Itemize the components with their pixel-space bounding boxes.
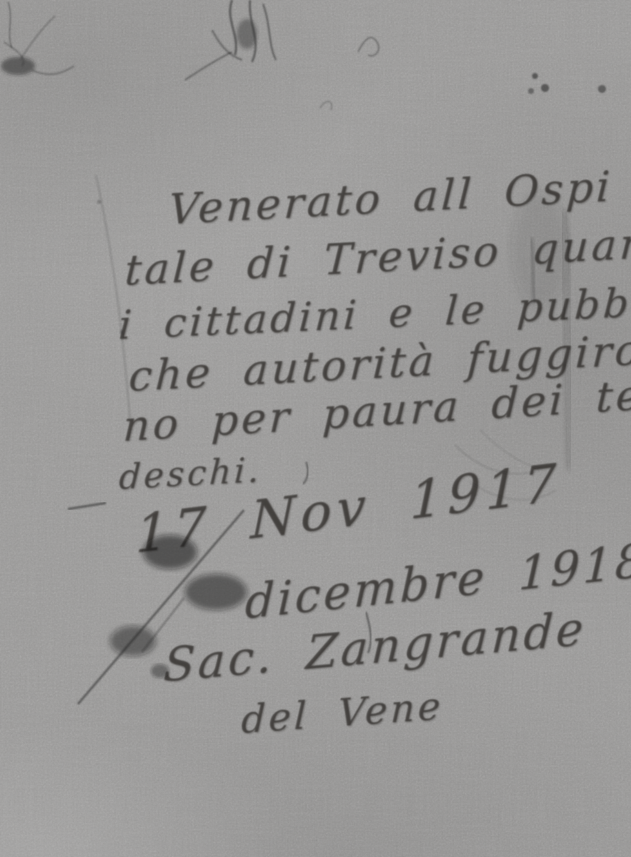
canvas-photo: Venerato all Ospi tale di Treviso quando… [0, 0, 631, 857]
inscription-line: del Vene [240, 684, 444, 742]
inscription: Venerato all Ospi tale di Treviso quando… [0, 0, 631, 857]
